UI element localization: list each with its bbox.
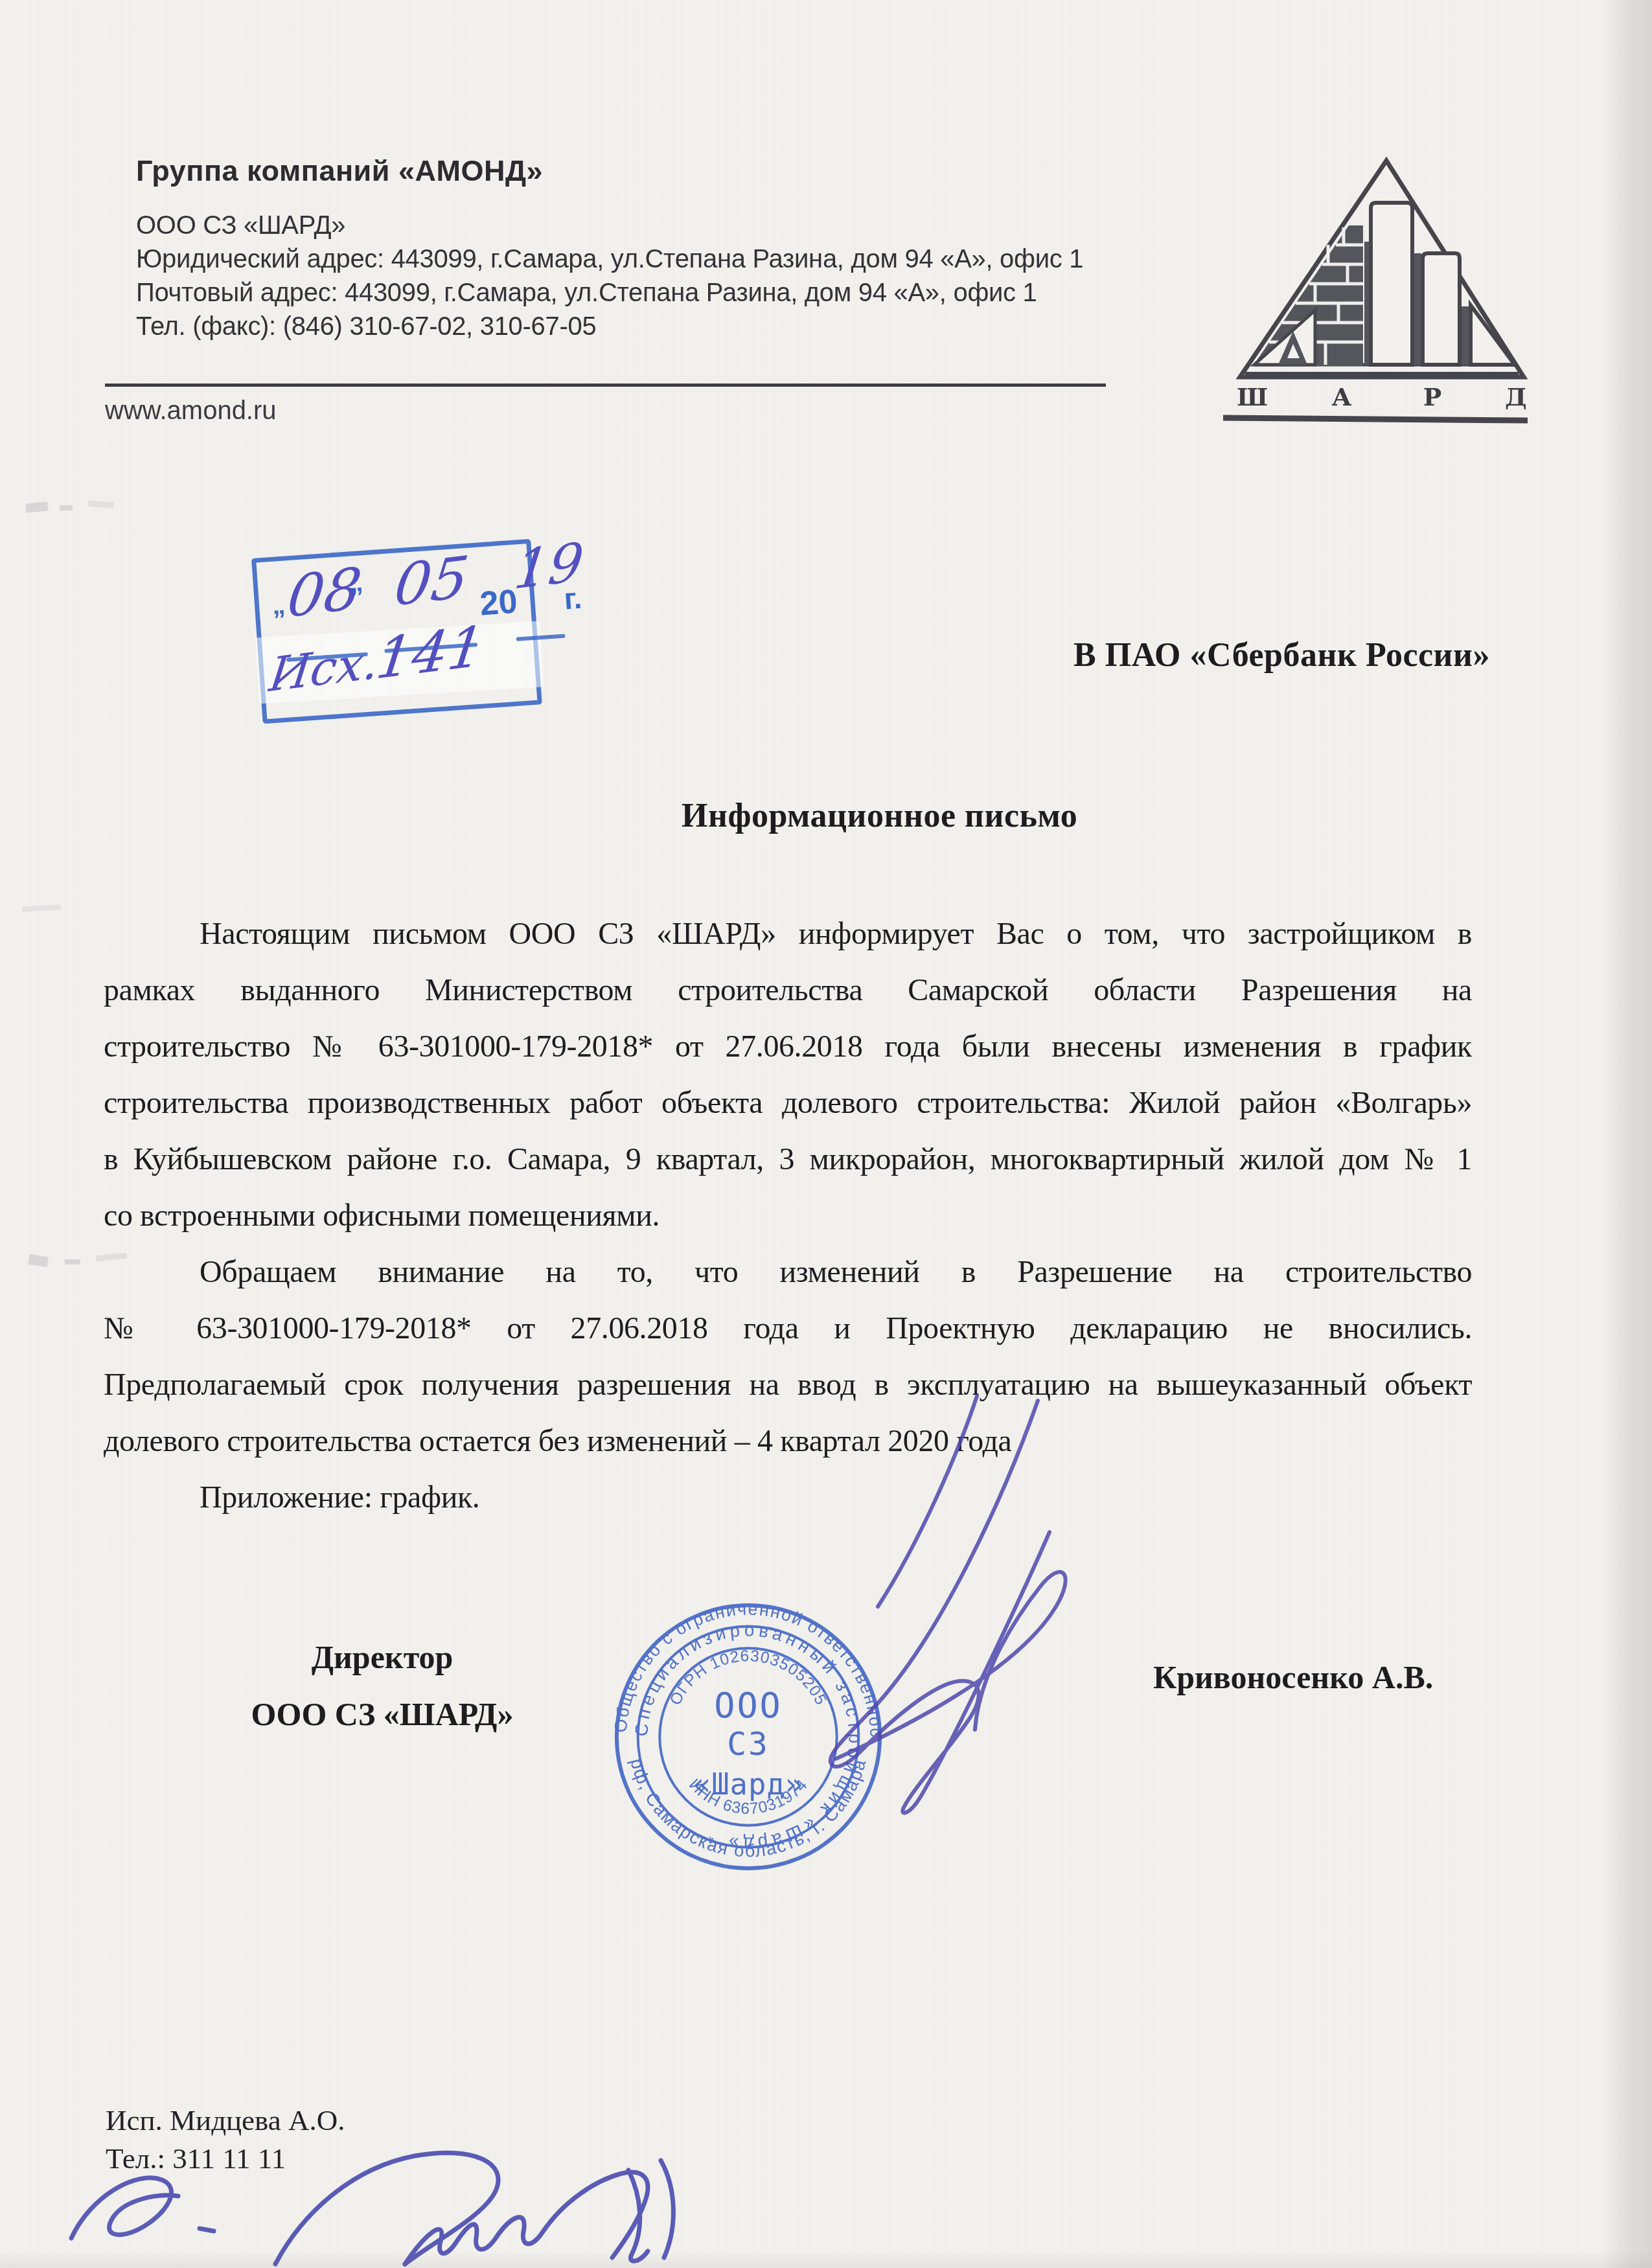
letter-title: Информационное письмо — [682, 797, 1077, 835]
signer-name: Кривоносенко А.В. — [1153, 1658, 1433, 1696]
date-stamp: „ 08 ” 05 20 19 г. Исх. 141 — [251, 539, 542, 724]
header-divider — [105, 384, 1106, 387]
logo-letter-r: Р — [1423, 382, 1442, 411]
recipient-line: В ПАО «Сбербанк России» — [1073, 636, 1490, 674]
body-line: Обращаем внимание на то, что изменений в… — [104, 1244, 1472, 1300]
body-line: Настоящим письмом ООО СЗ «ШАРД» информир… — [104, 906, 1472, 962]
seal-center-line-2: СЗ — [727, 1725, 770, 1763]
logo-underline — [1223, 418, 1528, 420]
body-line: № 63-301000-179-2018* от 27.06.2018 года… — [104, 1300, 1472, 1357]
company-seal: Общество с ограниченной ответственностью… — [610, 1599, 886, 1875]
body-line: долевого строительства остается без изме… — [104, 1413, 1472, 1469]
legal-address-line: Юридический адрес: 443099, г.Самара, ул.… — [136, 242, 1083, 276]
body-line: рамках выданного Министерством строитель… — [104, 962, 1472, 1018]
logo-letter-sh: Ш — [1237, 382, 1268, 411]
body-line: строительства производственных работ объ… — [104, 1075, 1472, 1131]
stamp-year-suffix: г. — [563, 580, 583, 617]
header-phone-line: Тел. (факс): (846) 310-67-02, 310-67-05 — [136, 310, 1083, 343]
letter-page: Группа компаний «АМОНД» ООО СЗ «ШАРД» Юр… — [0, 0, 1652, 2268]
director-title-line-1: Директор — [188, 1629, 577, 1686]
website-text: www.amond.ru — [105, 396, 277, 426]
director-title-block: Директор ООО СЗ «ШАРД» — [188, 1629, 577, 1743]
executor-signature — [52, 2131, 862, 2268]
logo-letter-d: Д — [1505, 382, 1527, 411]
company-group-title: Группа компаний «АМОНД» — [136, 154, 543, 188]
body-line: Предполагаемый срок получения разрешения… — [104, 1357, 1472, 1413]
header-block: Группа компаний «АМОНД» — [136, 154, 543, 188]
stamp-open-quote: „ — [271, 591, 286, 621]
body-line: строительство № 63-301000-179-2018* от 2… — [104, 1018, 1472, 1075]
scan-smudge — [26, 498, 123, 520]
company-logo: Ш А Р Д — [1217, 151, 1541, 430]
stamp-close-quote: ” — [350, 582, 365, 612]
body-line: в Куйбышевском районе г.о. Самара, 9 ква… — [104, 1131, 1472, 1187]
logo-letter-a: А — [1332, 382, 1352, 411]
attachment-line: Приложение: график. — [104, 1469, 1472, 1526]
postal-address-line: Почтовый адрес: 443099, г.Самара, ул.Сте… — [136, 276, 1083, 310]
handwritten-month: 05 — [391, 543, 472, 619]
scan-smudge — [22, 902, 80, 917]
logo-towers — [1371, 203, 1515, 365]
seal-center-line-1: ООО — [714, 1685, 783, 1726]
logo-letters: Ш А Р Д — [1237, 382, 1527, 411]
scan-edge-shadow — [1601, 0, 1652, 2268]
logo-corner-a — [1254, 310, 1315, 365]
header-address-block: ООО СЗ «ШАРД» Юридический адрес: 443099,… — [136, 209, 1083, 343]
letter-body: Настоящим письмом ООО СЗ «ШАРД» информир… — [104, 906, 1472, 1526]
seal-center-line-3: «Шард» — [693, 1767, 804, 1802]
org-name-line: ООО СЗ «ШАРД» — [136, 209, 1083, 242]
director-title-line-2: ООО СЗ «ШАРД» — [188, 1686, 577, 1743]
body-line: со встроенными офисными помещениями. — [104, 1187, 1472, 1244]
